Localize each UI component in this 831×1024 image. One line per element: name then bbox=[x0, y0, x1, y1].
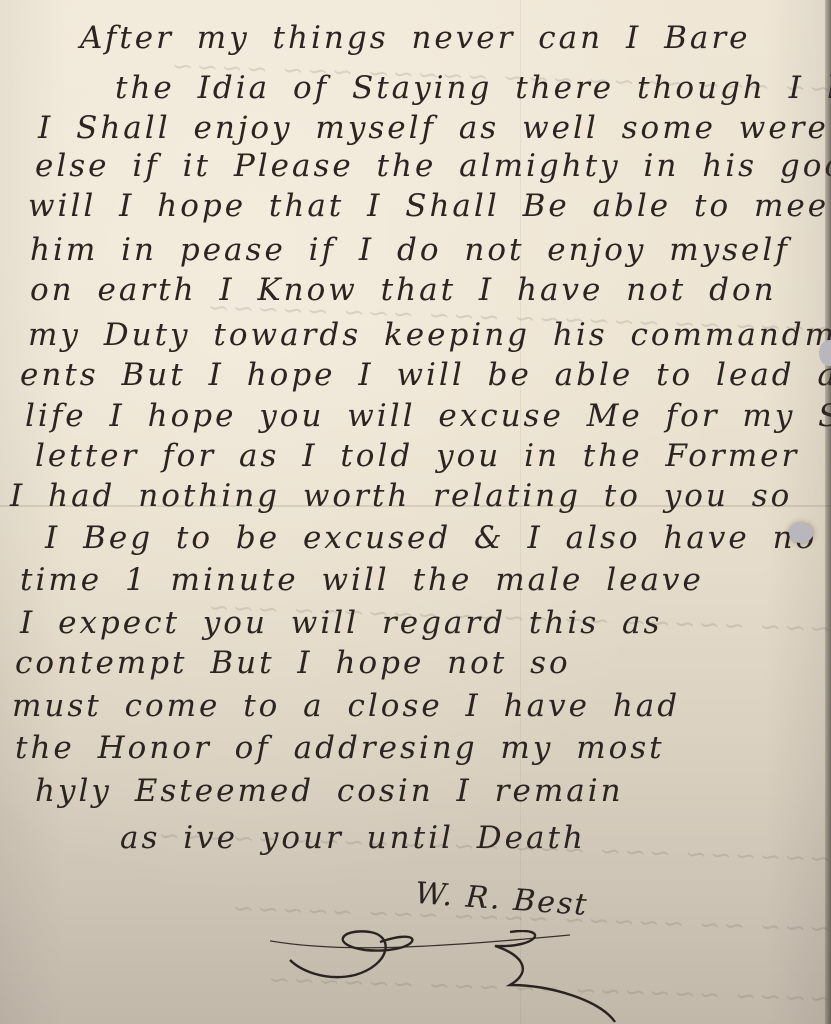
letter-line: on earth I Know that I have not don bbox=[30, 272, 777, 308]
paper-hole bbox=[789, 523, 813, 543]
letter-line: contempt But I hope not so bbox=[15, 645, 571, 681]
letter-line: must come to a close I have had bbox=[12, 688, 680, 724]
signature: W. R. Best bbox=[414, 876, 590, 923]
letter-line: as ive your until Death bbox=[120, 820, 586, 856]
letter-line: my Duty towards keeping his commandm bbox=[28, 317, 831, 353]
letter-line: will I hope that I Shall Be able to meet bbox=[28, 188, 831, 224]
letter-line: time 1 minute will the male leave bbox=[20, 562, 704, 598]
letter-line: I Shall enjoy myself as well some were bbox=[38, 110, 829, 146]
letter-line: I Beg to be excused & I also have no bbox=[45, 520, 817, 556]
letter-photo: ~~ ~~~ ~~~~ ~~~ ~~~~~ ~~~ ~~~~ ~~~~ ~~ ~… bbox=[0, 0, 831, 1024]
letter-line: him in pease if I do not enjoy myself bbox=[30, 232, 790, 268]
letter-line: I had nothing worth relating to you so bbox=[10, 478, 792, 514]
letter-line: I expect you will regard this as bbox=[20, 605, 662, 641]
letter-line: letter for as I told you in the Former bbox=[35, 438, 799, 474]
letter-line: life I hope you will excuse Me for my Sh… bbox=[25, 398, 831, 434]
letter-body: After my things never can I Bare the Idi… bbox=[0, 0, 831, 1024]
letter-line: After my things never can I Bare bbox=[80, 20, 751, 56]
letter-line: ents But I hope I will be able to lead a… bbox=[20, 357, 831, 393]
letter-line: the Idia of Staying there though I hope bbox=[115, 70, 831, 106]
letter-line: hyly Esteemed cosin I remain bbox=[35, 773, 624, 809]
signature-flourish-icon bbox=[270, 930, 620, 1024]
letter-line: else if it Please the almighty in his go… bbox=[35, 148, 831, 184]
paper-right-edge bbox=[825, 0, 831, 1024]
letter-line: the Honor of addresing my most bbox=[15, 730, 665, 766]
